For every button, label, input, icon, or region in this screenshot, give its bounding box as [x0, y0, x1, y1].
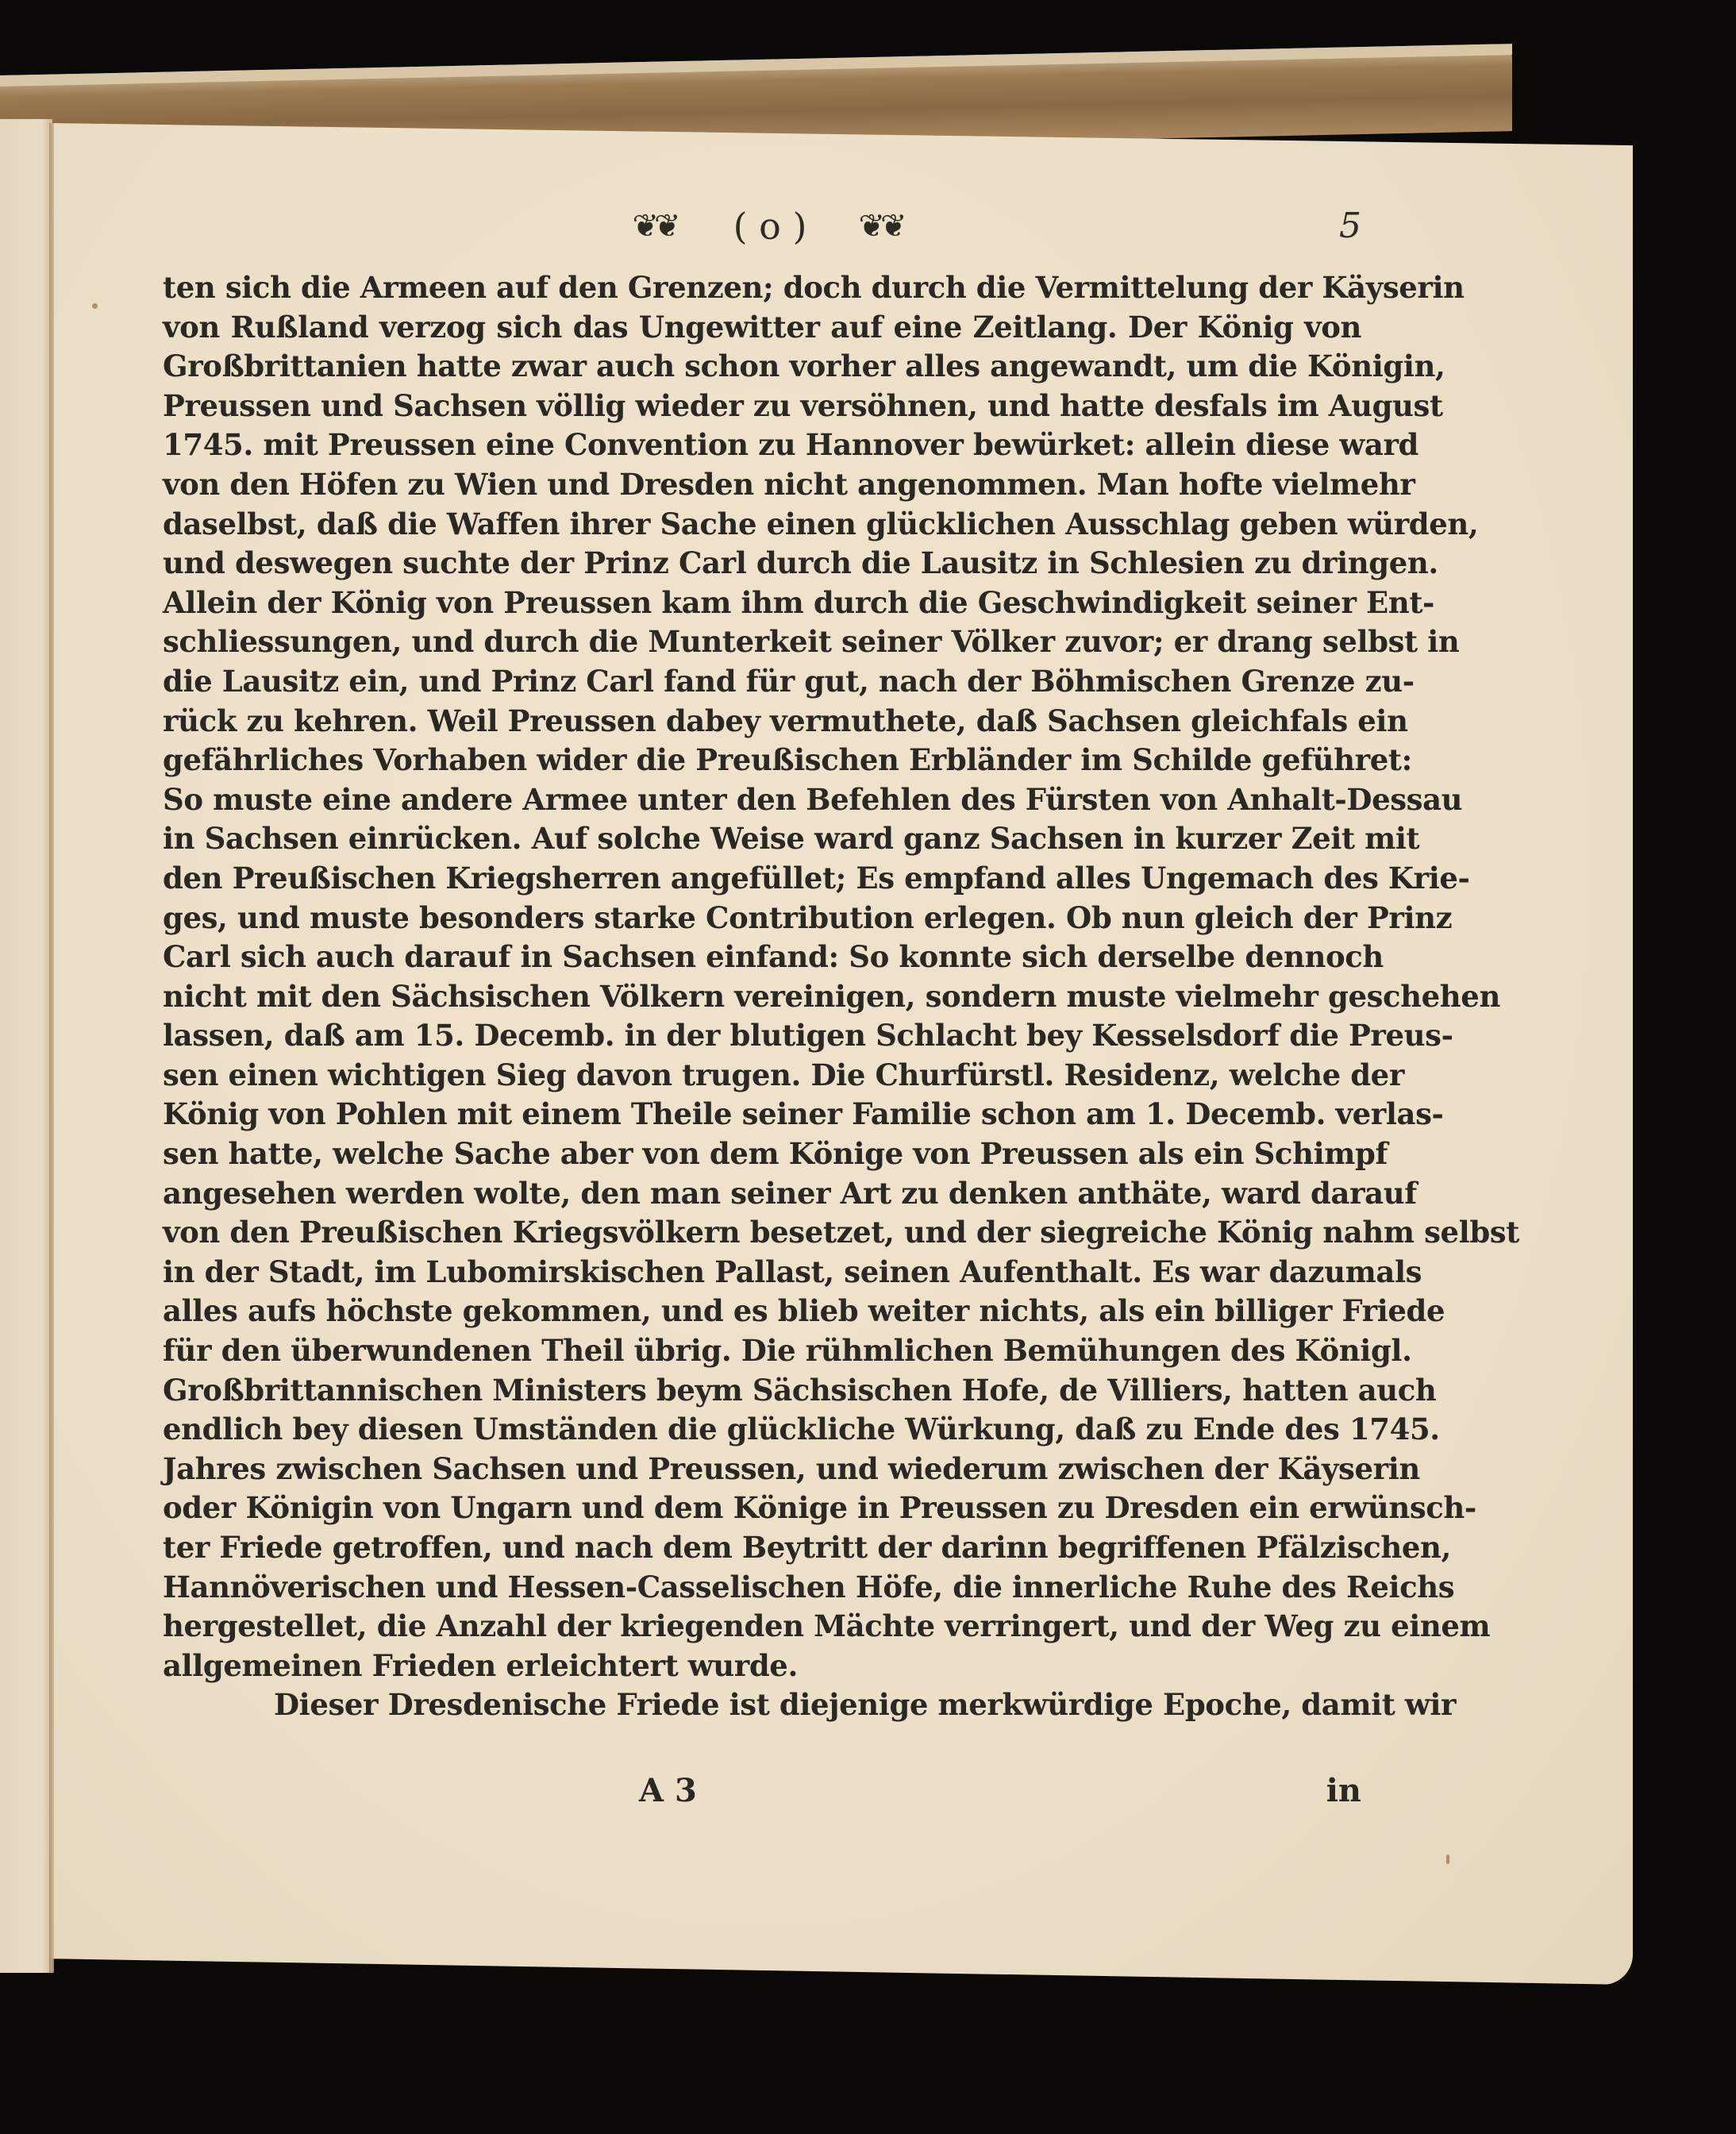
text-line-paragraph-end: allgemeinen Frieden erleichtert wurde. [163, 1647, 1361, 1686]
text-line: König von Pohlen mit einem Theile seiner… [163, 1095, 1361, 1134]
text-line: lassen, daß am 15. Decemb. in der blutig… [163, 1016, 1361, 1056]
text-line: oder Königin von Ungarn und dem Könige i… [163, 1489, 1361, 1528]
text-line: Hannöverischen und Hessen-Casselischen H… [163, 1568, 1361, 1608]
text-line: hergestellet, die Anzahl der kriegenden … [163, 1607, 1361, 1647]
text-line: alles aufs höchste gekommen, und es blie… [163, 1292, 1361, 1331]
text-line: für den überwundenen Theil übrig. Die rü… [163, 1331, 1361, 1371]
running-head-sign: ( o ) [718, 202, 822, 250]
paper-speck [92, 303, 98, 309]
text-line: sen einen wichtigen Sieg davon trugen. D… [163, 1056, 1361, 1096]
text-line: den Preußischen Kriegsherren angefüllet;… [163, 859, 1361, 899]
text-line: von den Preußischen Kriegsvölkern besetz… [163, 1213, 1361, 1253]
text-line: ten sich die Armeen auf den Grenzen; doc… [163, 268, 1361, 308]
facing-page-edge [0, 119, 52, 1973]
fleuron-ornament-icon: ❦❦ [853, 207, 907, 245]
body-text: ten sich die Armeen auf den Grenzen; doc… [163, 268, 1361, 1725]
text-line: Großbrittanien hatte zwar auch schon vor… [163, 347, 1361, 387]
catchword: in [1326, 1769, 1361, 1812]
text-line: gefährliches Vorhaben wider die Preußisc… [163, 741, 1361, 780]
text-line: daselbst, daß die Waffen ihrer Sache ein… [163, 505, 1361, 545]
text-line: und deswegen suchte der Prinz Carl durch… [163, 544, 1361, 584]
text-line: rück zu kehren. Weil Preussen dabey verm… [163, 702, 1361, 742]
text-line: Großbrittannischen Ministers beym Sächsi… [163, 1371, 1361, 1411]
text-line: schliessungen, und durch die Munterkeit … [163, 622, 1361, 662]
text-line: die Lausitz ein, und Prinz Carl fand für… [163, 662, 1361, 702]
paper-speck [1446, 1855, 1449, 1864]
signature-mark: A 3 [639, 1769, 697, 1812]
text-line: in der Stadt, im Lubomirskischen Pallast… [163, 1253, 1361, 1292]
fleuron-ornament-icon: ❦❦ [627, 207, 681, 245]
text-line: Preussen und Sachsen völlig wieder zu ve… [163, 387, 1361, 426]
text-line: sen hatte, welche Sache aber von dem Kön… [163, 1134, 1361, 1174]
text-line-paragraph-start: Dieser Dresdenische Friede ist diejenige… [163, 1685, 1361, 1725]
text-line: Carl sich auch darauf in Sachsen einfand… [163, 938, 1361, 977]
text-line: ter Friede getroffen, und nach dem Beytr… [163, 1528, 1361, 1568]
text-line: Jahres zwischen Sachsen und Preussen, un… [163, 1450, 1361, 1489]
page-number: 5 [1339, 202, 1361, 250]
text-line: angesehen werden wolte, den man seiner A… [163, 1174, 1361, 1214]
text-line: So muste eine andere Armee unter den Bef… [163, 780, 1361, 820]
text-line: von Rußland verzog sich das Ungewitter a… [163, 308, 1361, 348]
text-line: Allein der König von Preussen kam ihm du… [163, 584, 1361, 623]
text-line: 1745. mit Preussen eine Convention zu Ha… [163, 426, 1361, 465]
text-line: in Sachsen einrücken. Auf solche Weise w… [163, 819, 1361, 859]
text-line: nicht mit den Sächsischen Völkern verein… [163, 977, 1361, 1017]
text-line: endlich bey diesen Umständen die glückli… [163, 1410, 1361, 1450]
text-line: ges, und muste besonders starke Contribu… [163, 899, 1361, 938]
running-header: ❦❦ ( o ) ❦❦ 5 [163, 202, 1361, 250]
page-footer: A 3 in [163, 1769, 1361, 1812]
text-line: von den Höfen zu Wien und Dresden nicht … [163, 465, 1361, 505]
page-gutter [49, 123, 54, 1973]
